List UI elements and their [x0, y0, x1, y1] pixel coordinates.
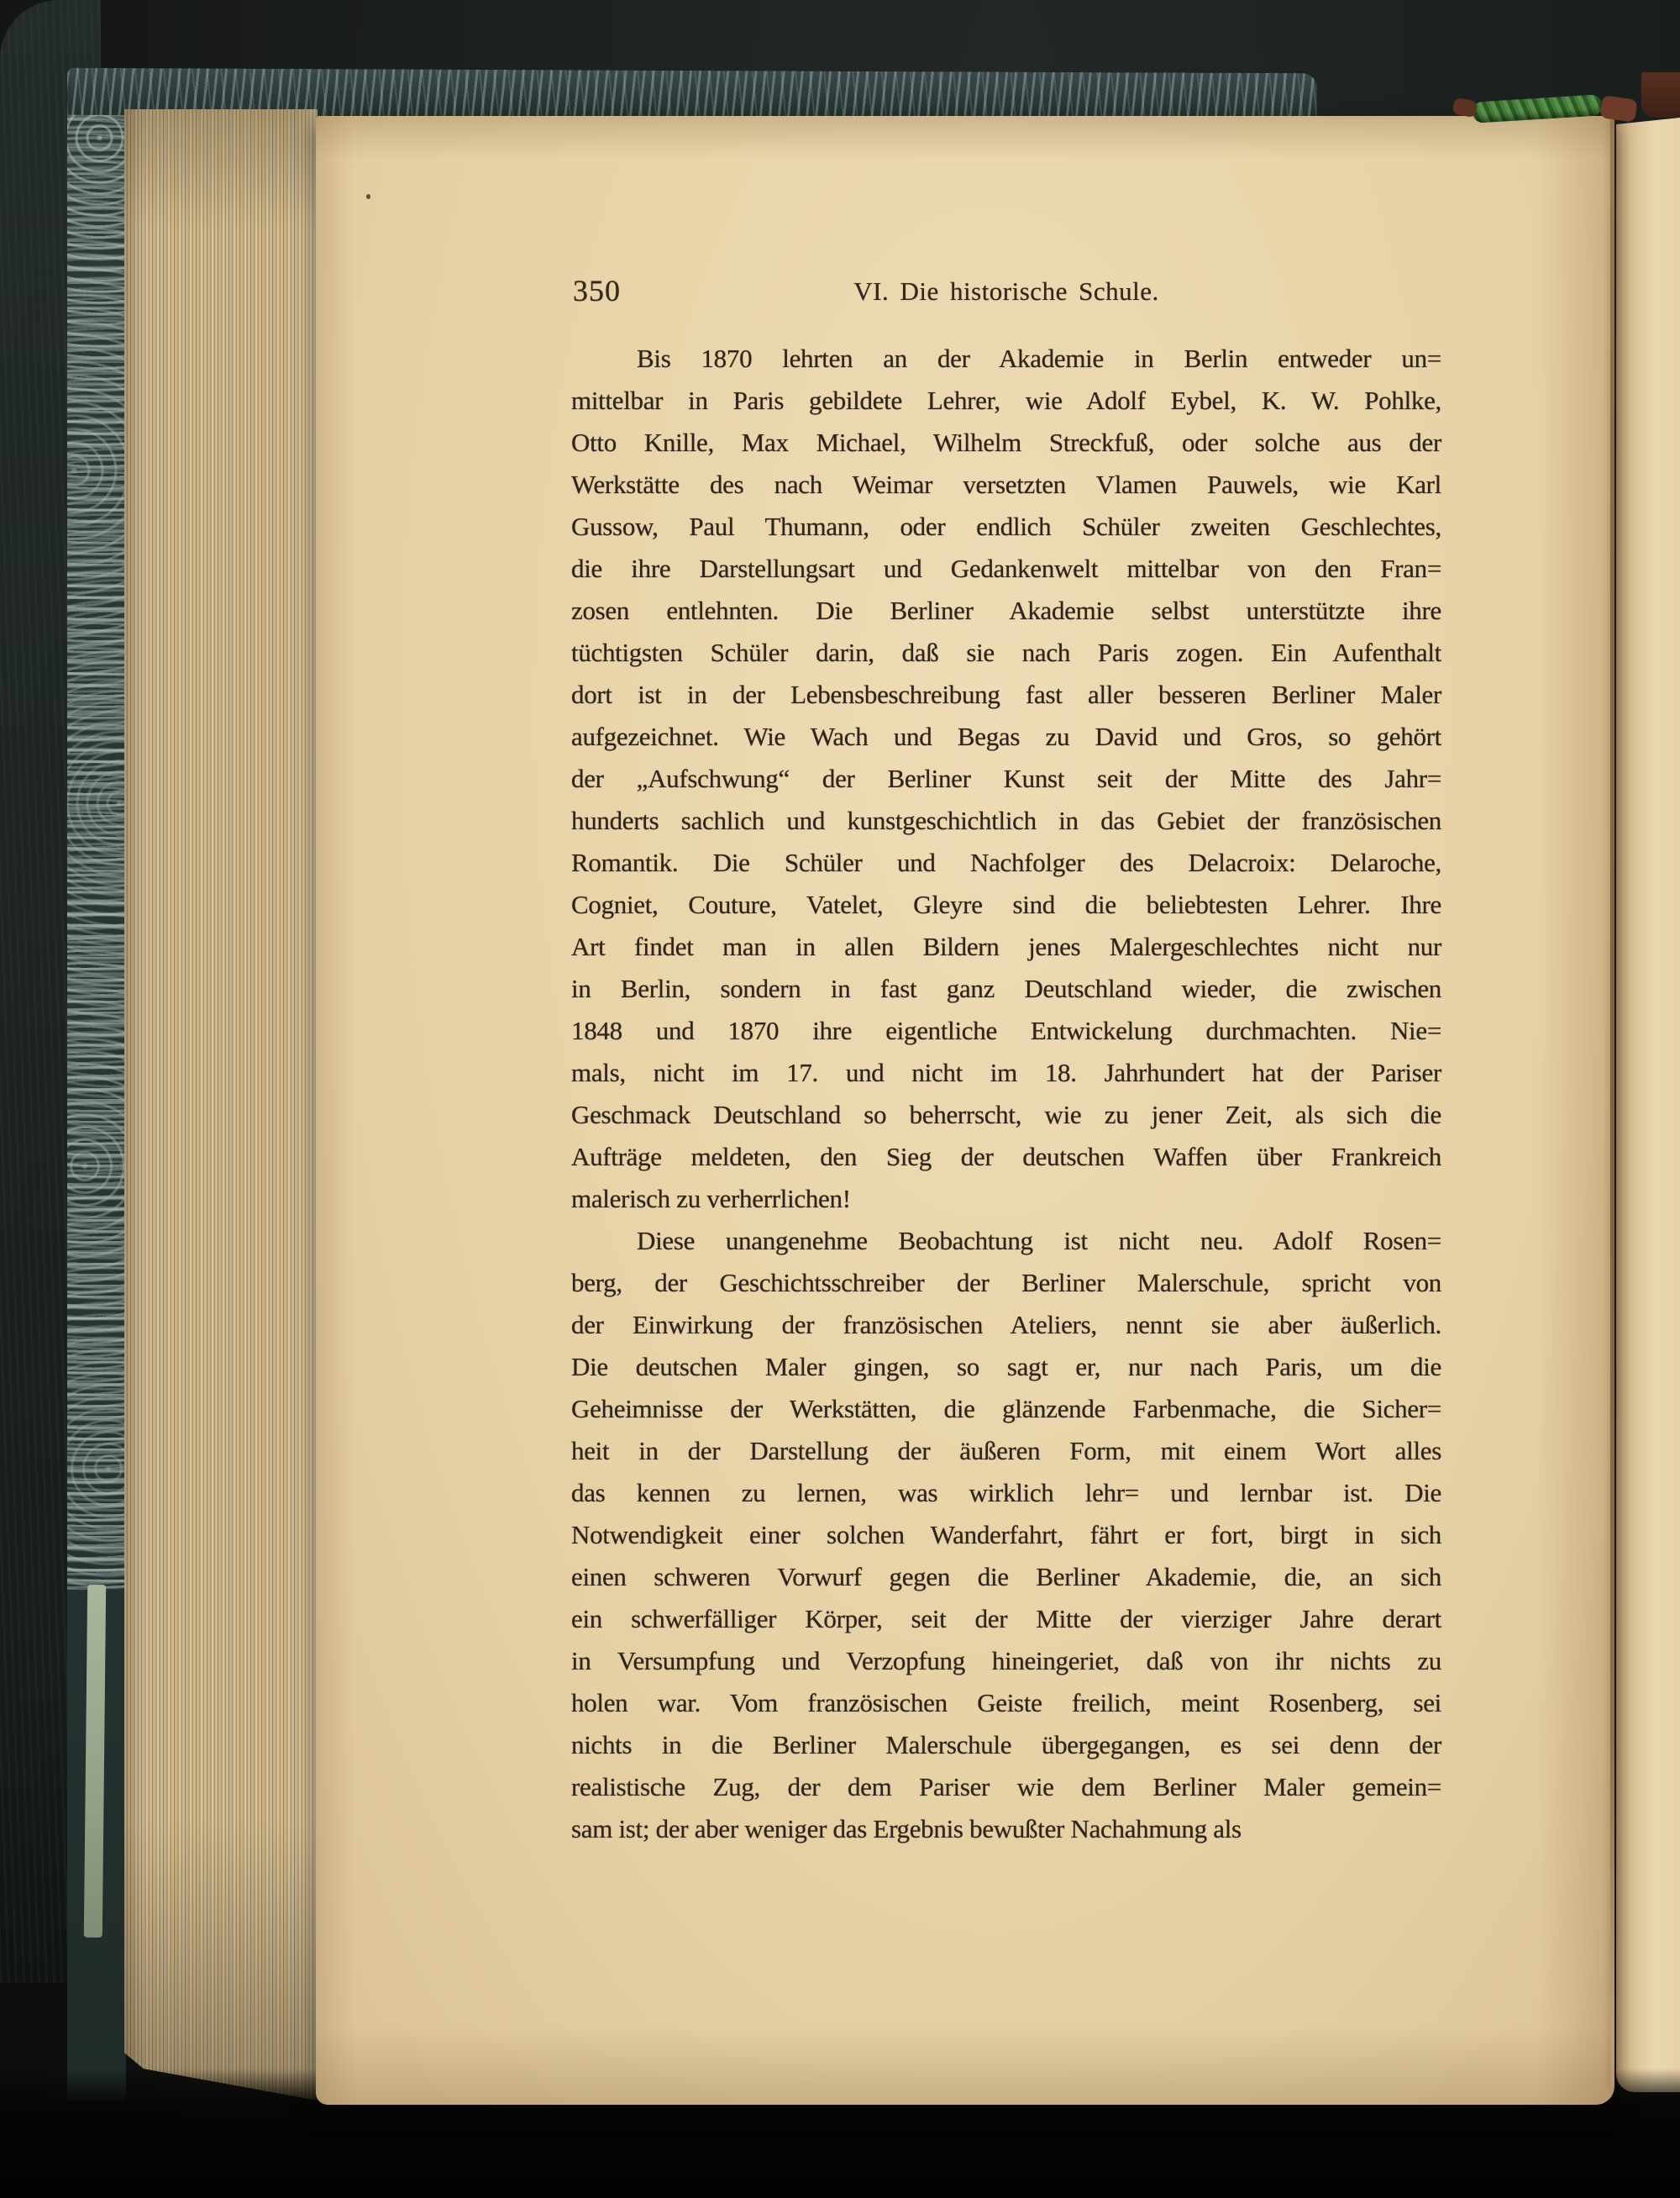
text-line: tüchtigsten Schüler darin, daß sie nach … [571, 632, 1441, 674]
running-header: VI. Die historische Schule. [571, 276, 1441, 307]
cover-inner-edge [84, 1585, 106, 1938]
body-text: Bis 1870 lehrten an der Akademie in Berl… [571, 338, 1441, 1850]
text-line: malerisch zu verherrlichen! [571, 1178, 1441, 1220]
book-scan: 350 VI. Die historische Schule. Bis 1870… [0, 0, 1680, 2198]
text-line: Art findet man in allen Bildern jenes Ma… [571, 926, 1441, 968]
text-line: Diese unangenehme Beobachtung ist nicht … [571, 1220, 1441, 1262]
text-line: Otto Knille, Max Michael, Wilhelm Streck… [571, 422, 1441, 464]
text-line: Aufträge meldeten, den Sieg der deutsche… [571, 1136, 1441, 1178]
text-line: nichts in die Berliner Malerschule überg… [571, 1724, 1441, 1766]
ink-speck [366, 194, 370, 199]
text-line: mittelbar in Paris gebildete Lehrer, wie… [571, 380, 1441, 422]
text-line: aufgezeichnet. Wie Wach und Begas zu Dav… [571, 716, 1441, 758]
facing-page-sliver [1616, 118, 1680, 2092]
text-line: in Berlin, sondern in fast ganz Deutschl… [571, 968, 1441, 1010]
gutter-crease [1610, 118, 1614, 2088]
page-edges-stack [124, 109, 318, 2101]
text-line: Bis 1870 lehrten an der Akademie in Berl… [571, 338, 1441, 380]
text-line: der Einwirkung der französischen Atelier… [571, 1304, 1441, 1346]
text-line: berg, der Geschichtsschreiber der Berlin… [571, 1262, 1441, 1304]
leather-fragment-right [1599, 95, 1637, 123]
text-line: hunderts sachlich und kunstgeschichtlich… [571, 800, 1441, 842]
text-line: der „Aufschwung“ der Berliner Kunst seit… [571, 758, 1441, 800]
text-line: 1848 und 1870 ihre eigentliche Entwickel… [571, 1010, 1441, 1052]
page-header-row: 350 VI. Die historische Schule. [571, 272, 1441, 308]
text-line: die ihre Darstellungsart und Gedankenwel… [571, 548, 1441, 590]
text-line: ein schwerfälliger Körper, seit der Mitt… [571, 1598, 1441, 1640]
cover-corner-fragment [1641, 72, 1680, 118]
text-line: holen war. Vom französischen Geiste frei… [571, 1682, 1441, 1724]
text-line: sam ist; der aber weniger das Ergebnis b… [571, 1808, 1441, 1850]
text-line: Die deutschen Maler gingen, so sagt er, … [571, 1346, 1441, 1388]
book-page: 350 VI. Die historische Schule. Bis 1870… [316, 116, 1614, 2105]
text-line: heit in der Darstellung der äußeren Form… [571, 1430, 1441, 1472]
text-line: Notwendigkeit einer solchen Wanderfahrt,… [571, 1514, 1441, 1556]
text-line: Geschmack Deutschland so beherrscht, wie… [571, 1094, 1441, 1136]
text-line: Gussow, Paul Thumann, oder endlich Schül… [571, 506, 1441, 548]
text-line: Werkstätte des nach Weimar versetzten Vl… [571, 464, 1441, 506]
text-line: einen schweren Vorwurf gegen die Berline… [571, 1556, 1441, 1598]
text-line: Cogniet, Couture, Vatelet, Gleyre sind d… [571, 884, 1441, 926]
text-line: Geheimnisse der Werkstätten, die glänzen… [571, 1388, 1441, 1430]
text-line: in Versumpfung und Verzopfung hineingeri… [571, 1640, 1441, 1682]
text-line: dort ist in der Lebensbeschreibung fast … [571, 674, 1441, 716]
text-line: mals, nicht im 17. und nicht im 18. Jahr… [571, 1052, 1441, 1094]
text-line: zosen entlehnten. Die Berliner Akademie … [571, 590, 1441, 632]
text-line: das kennen zu lernen, was wirklich lehr=… [571, 1472, 1441, 1514]
text-line: Romantik. Die Schüler und Nachfolger des… [571, 842, 1441, 884]
text-line: realistische Zug, der dem Pariser wie de… [571, 1766, 1441, 1808]
marbled-pattern [67, 77, 126, 1590]
